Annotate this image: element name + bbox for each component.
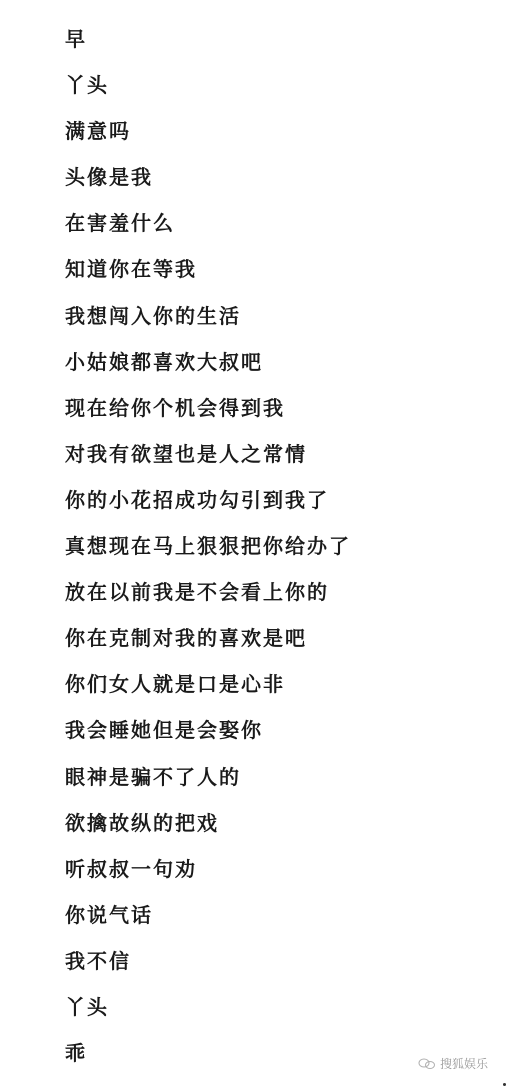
text-line: 知道你在等我 bbox=[65, 252, 351, 298]
text-line: 小姑娘都喜欢大叔吧 bbox=[65, 345, 351, 391]
text-line: 丫头 bbox=[65, 68, 351, 114]
text-line: 乖 bbox=[65, 1036, 351, 1082]
text-line: 我想闯入你的生活 bbox=[65, 299, 351, 345]
watermark-text: 搜狐娱乐 bbox=[440, 1055, 488, 1072]
text-line: 在害羞什么 bbox=[65, 206, 351, 252]
watermark: 搜狐娱乐 bbox=[418, 1055, 488, 1072]
text-line: 对我有欲望也是人之常情 bbox=[65, 437, 351, 483]
text-line: 你们女人就是口是心非 bbox=[65, 667, 351, 713]
text-line: 你在克制对我的喜欢是吧 bbox=[65, 621, 351, 667]
text-line: 放在以前我是不会看上你的 bbox=[65, 575, 351, 621]
text-line: 眼神是骗不了人的 bbox=[65, 760, 351, 806]
text-line: 丫头 bbox=[65, 990, 351, 1036]
text-lines: 早 丫头 满意吗 头像是我 在害羞什么 知道你在等我 我想闯入你的生活 小姑娘都… bbox=[65, 22, 351, 1082]
text-line: 听叔叔一句劝 bbox=[65, 852, 351, 898]
text-line: 早 bbox=[65, 22, 351, 68]
text-line: 满意吗 bbox=[65, 114, 351, 160]
text-line: 真想现在马上狠狠把你给办了 bbox=[65, 529, 351, 575]
text-line: 现在给你个机会得到我 bbox=[65, 391, 351, 437]
text-line: 我会睡她但是会娶你 bbox=[65, 713, 351, 759]
text-line: 你说气话 bbox=[65, 898, 351, 944]
text-line: 我不信 bbox=[65, 944, 351, 990]
corner-dot bbox=[503, 1083, 506, 1086]
text-line: 头像是我 bbox=[65, 160, 351, 206]
wechat-bubble-icon bbox=[418, 1058, 436, 1070]
text-line: 你的小花招成功勾引到我了 bbox=[65, 483, 351, 529]
text-line: 欲擒故纵的把戏 bbox=[65, 806, 351, 852]
